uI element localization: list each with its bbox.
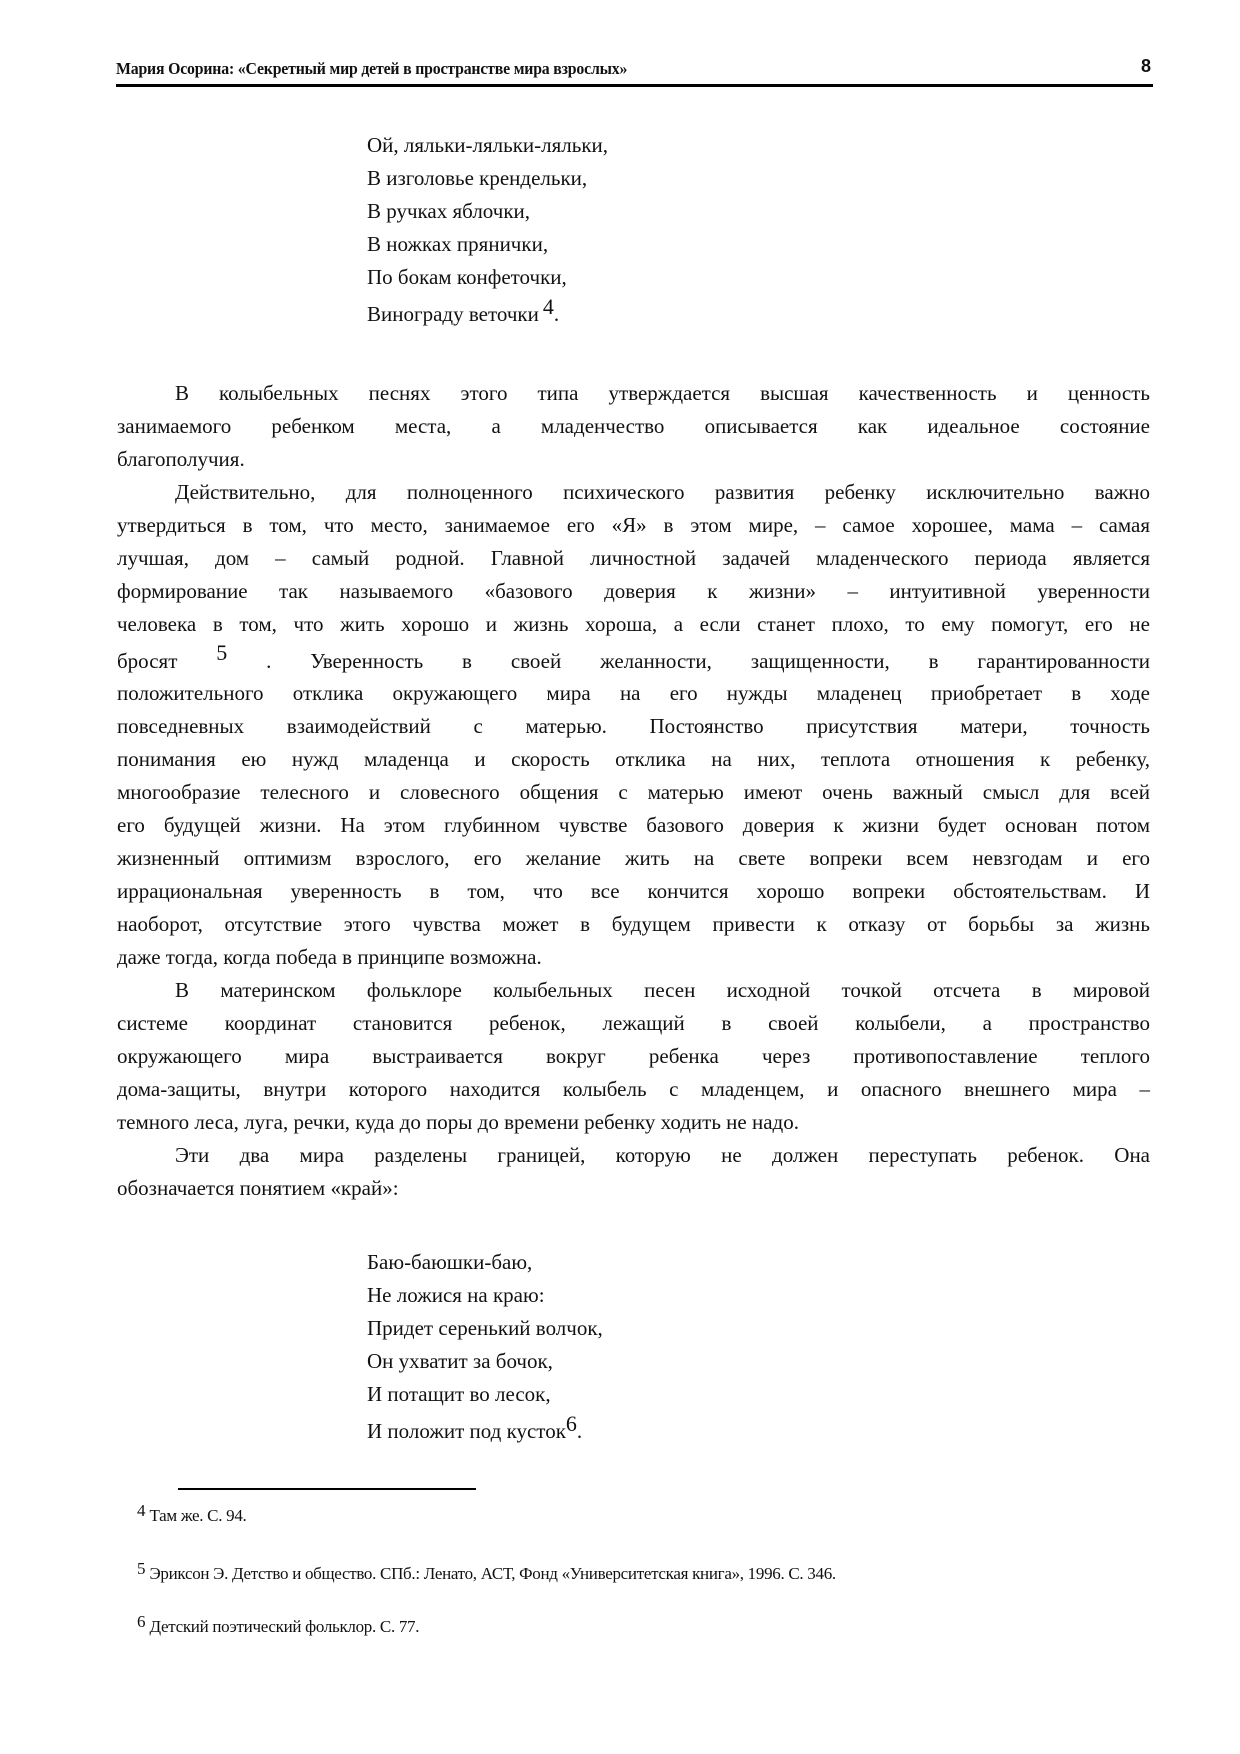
paragraph-line: системе координат становится ребенок, ле…	[117, 1007, 1150, 1040]
verse-end-punct: .	[554, 302, 559, 326]
page-number: 8	[1141, 56, 1151, 77]
footnote-ref-4[interactable]: 4	[543, 294, 554, 319]
paragraph-line: благополучия.	[117, 443, 1150, 476]
paragraph-line: Эти два мира разделены границей, которую…	[117, 1139, 1150, 1172]
paragraph-line: окружающего мира выстраивается вокруг ре…	[117, 1040, 1150, 1073]
verse-line: Не ложися на краю:	[367, 1279, 603, 1312]
paragraph-line: темного леса, луга, речки, куда до поры …	[117, 1106, 1150, 1139]
verse-line: По бокам конфеточки,	[367, 261, 608, 294]
verse-line: И потащит во лесок,	[367, 1378, 603, 1411]
running-header: Мария Осорина: «Секретный мир детей в пр…	[116, 56, 1153, 87]
paragraph-line: наоборот, отсутствие этого чувства может…	[117, 908, 1150, 941]
footnote-5: 5Эриксон Э. Детство и общество. СПб.: Ле…	[137, 1564, 836, 1584]
verse-lullaby-2: Баю-баюшки-баю, Не ложися на краю: Приде…	[367, 1246, 603, 1449]
header-title: Мария Осорина: «Секретный мир детей в пр…	[116, 59, 627, 79]
paragraph-line-with-ref: бросят 5 . Уверенность в своей желанност…	[117, 641, 1150, 677]
footnote-text: Детский поэтический фольклор. С. 77.	[150, 1617, 420, 1636]
footnote-4: 4Там же. С. 94.	[137, 1506, 246, 1526]
footnote-text: Там же. С. 94.	[150, 1506, 247, 1525]
body-text: В колыбельных песнях этого типа утвержда…	[117, 377, 1150, 1205]
verse-end-punct: .	[577, 1419, 582, 1443]
verse-line-text: Винограду веточки	[367, 302, 539, 326]
footnote-ref-6[interactable]: 6	[566, 1411, 577, 1436]
paragraph-line: жизненный оптимизм взрослого, его желани…	[117, 842, 1150, 875]
paragraph-line: утвердиться в том, что место, занимаемое…	[117, 509, 1150, 542]
footnote-text: Эриксон Э. Детство и общество. СПб.: Лен…	[150, 1564, 836, 1583]
footnote-number: 6	[137, 1612, 146, 1631]
paragraph-line: положительного отклика окружающего мира …	[117, 677, 1150, 710]
verse-line: И положит под кусток6.	[367, 1411, 603, 1449]
footnote-ref-5[interactable]: 5	[216, 640, 227, 665]
footnote-number: 4	[137, 1501, 146, 1520]
verse-line: Он ухватит за бочок,	[367, 1345, 603, 1378]
paragraph-line: обозначается понятием «край»:	[117, 1172, 1150, 1205]
footnote-6: 6Детский поэтический фольклор. С. 77.	[137, 1617, 419, 1637]
verse-line: Придет серенький волчок,	[367, 1312, 603, 1345]
paragraph-line: человека в том, что жить хорошо и жизнь …	[117, 608, 1150, 641]
verse-line: В ножках прянички,	[367, 228, 608, 261]
paragraph-line: иррациональная уверенность в том, что вс…	[117, 875, 1150, 908]
verse-lullaby-1: Ой, ляльки-ляльки-ляльки, В изголовье кр…	[367, 129, 608, 332]
paragraph-line: занимаемого ребенком места, а младенчест…	[117, 410, 1150, 443]
verse-line: В ручках яблочки,	[367, 195, 608, 228]
verse-line-text: И положит под кусток	[367, 1419, 566, 1443]
paragraph-line: лучшая, дом – самый родной. Главной личн…	[117, 542, 1150, 575]
paragraph-line: даже тогда, когда победа в принципе возм…	[117, 941, 1150, 974]
paragraph-line: его будущей жизни. На этом глубинном чув…	[117, 809, 1150, 842]
verse-line: Ой, ляльки-ляльки-ляльки,	[367, 129, 608, 162]
verse-line: Винограду веточки4.	[367, 294, 608, 332]
verse-line: Баю-баюшки-баю,	[367, 1246, 603, 1279]
paragraph-line: дома-защиты, внутри которого находится к…	[117, 1073, 1150, 1106]
paragraph-line: Действительно, для полноценного психичес…	[117, 476, 1150, 509]
line-text: . Уверенность в своей желанности, защище…	[266, 649, 1150, 673]
document-page: Мария Осорина: «Секретный мир детей в пр…	[0, 0, 1240, 1754]
paragraph-line: В колыбельных песнях этого типа утвержда…	[117, 377, 1150, 410]
paragraph-line: повседневных взаимодействий с матерью. П…	[117, 710, 1150, 743]
verse-line: В изголовье крендельки,	[367, 162, 608, 195]
paragraph-line: формирование так называемого «базового д…	[117, 575, 1150, 608]
paragraph-line: В материнском фольклоре колыбельных песе…	[117, 974, 1150, 1007]
paragraph-line: многообразие телесного и словесного обще…	[117, 776, 1150, 809]
footnote-separator	[178, 1488, 476, 1490]
line-text: бросят	[117, 649, 177, 673]
footnote-number: 5	[137, 1559, 146, 1578]
paragraph-line: понимания ею нужд младенца и скорость от…	[117, 743, 1150, 776]
